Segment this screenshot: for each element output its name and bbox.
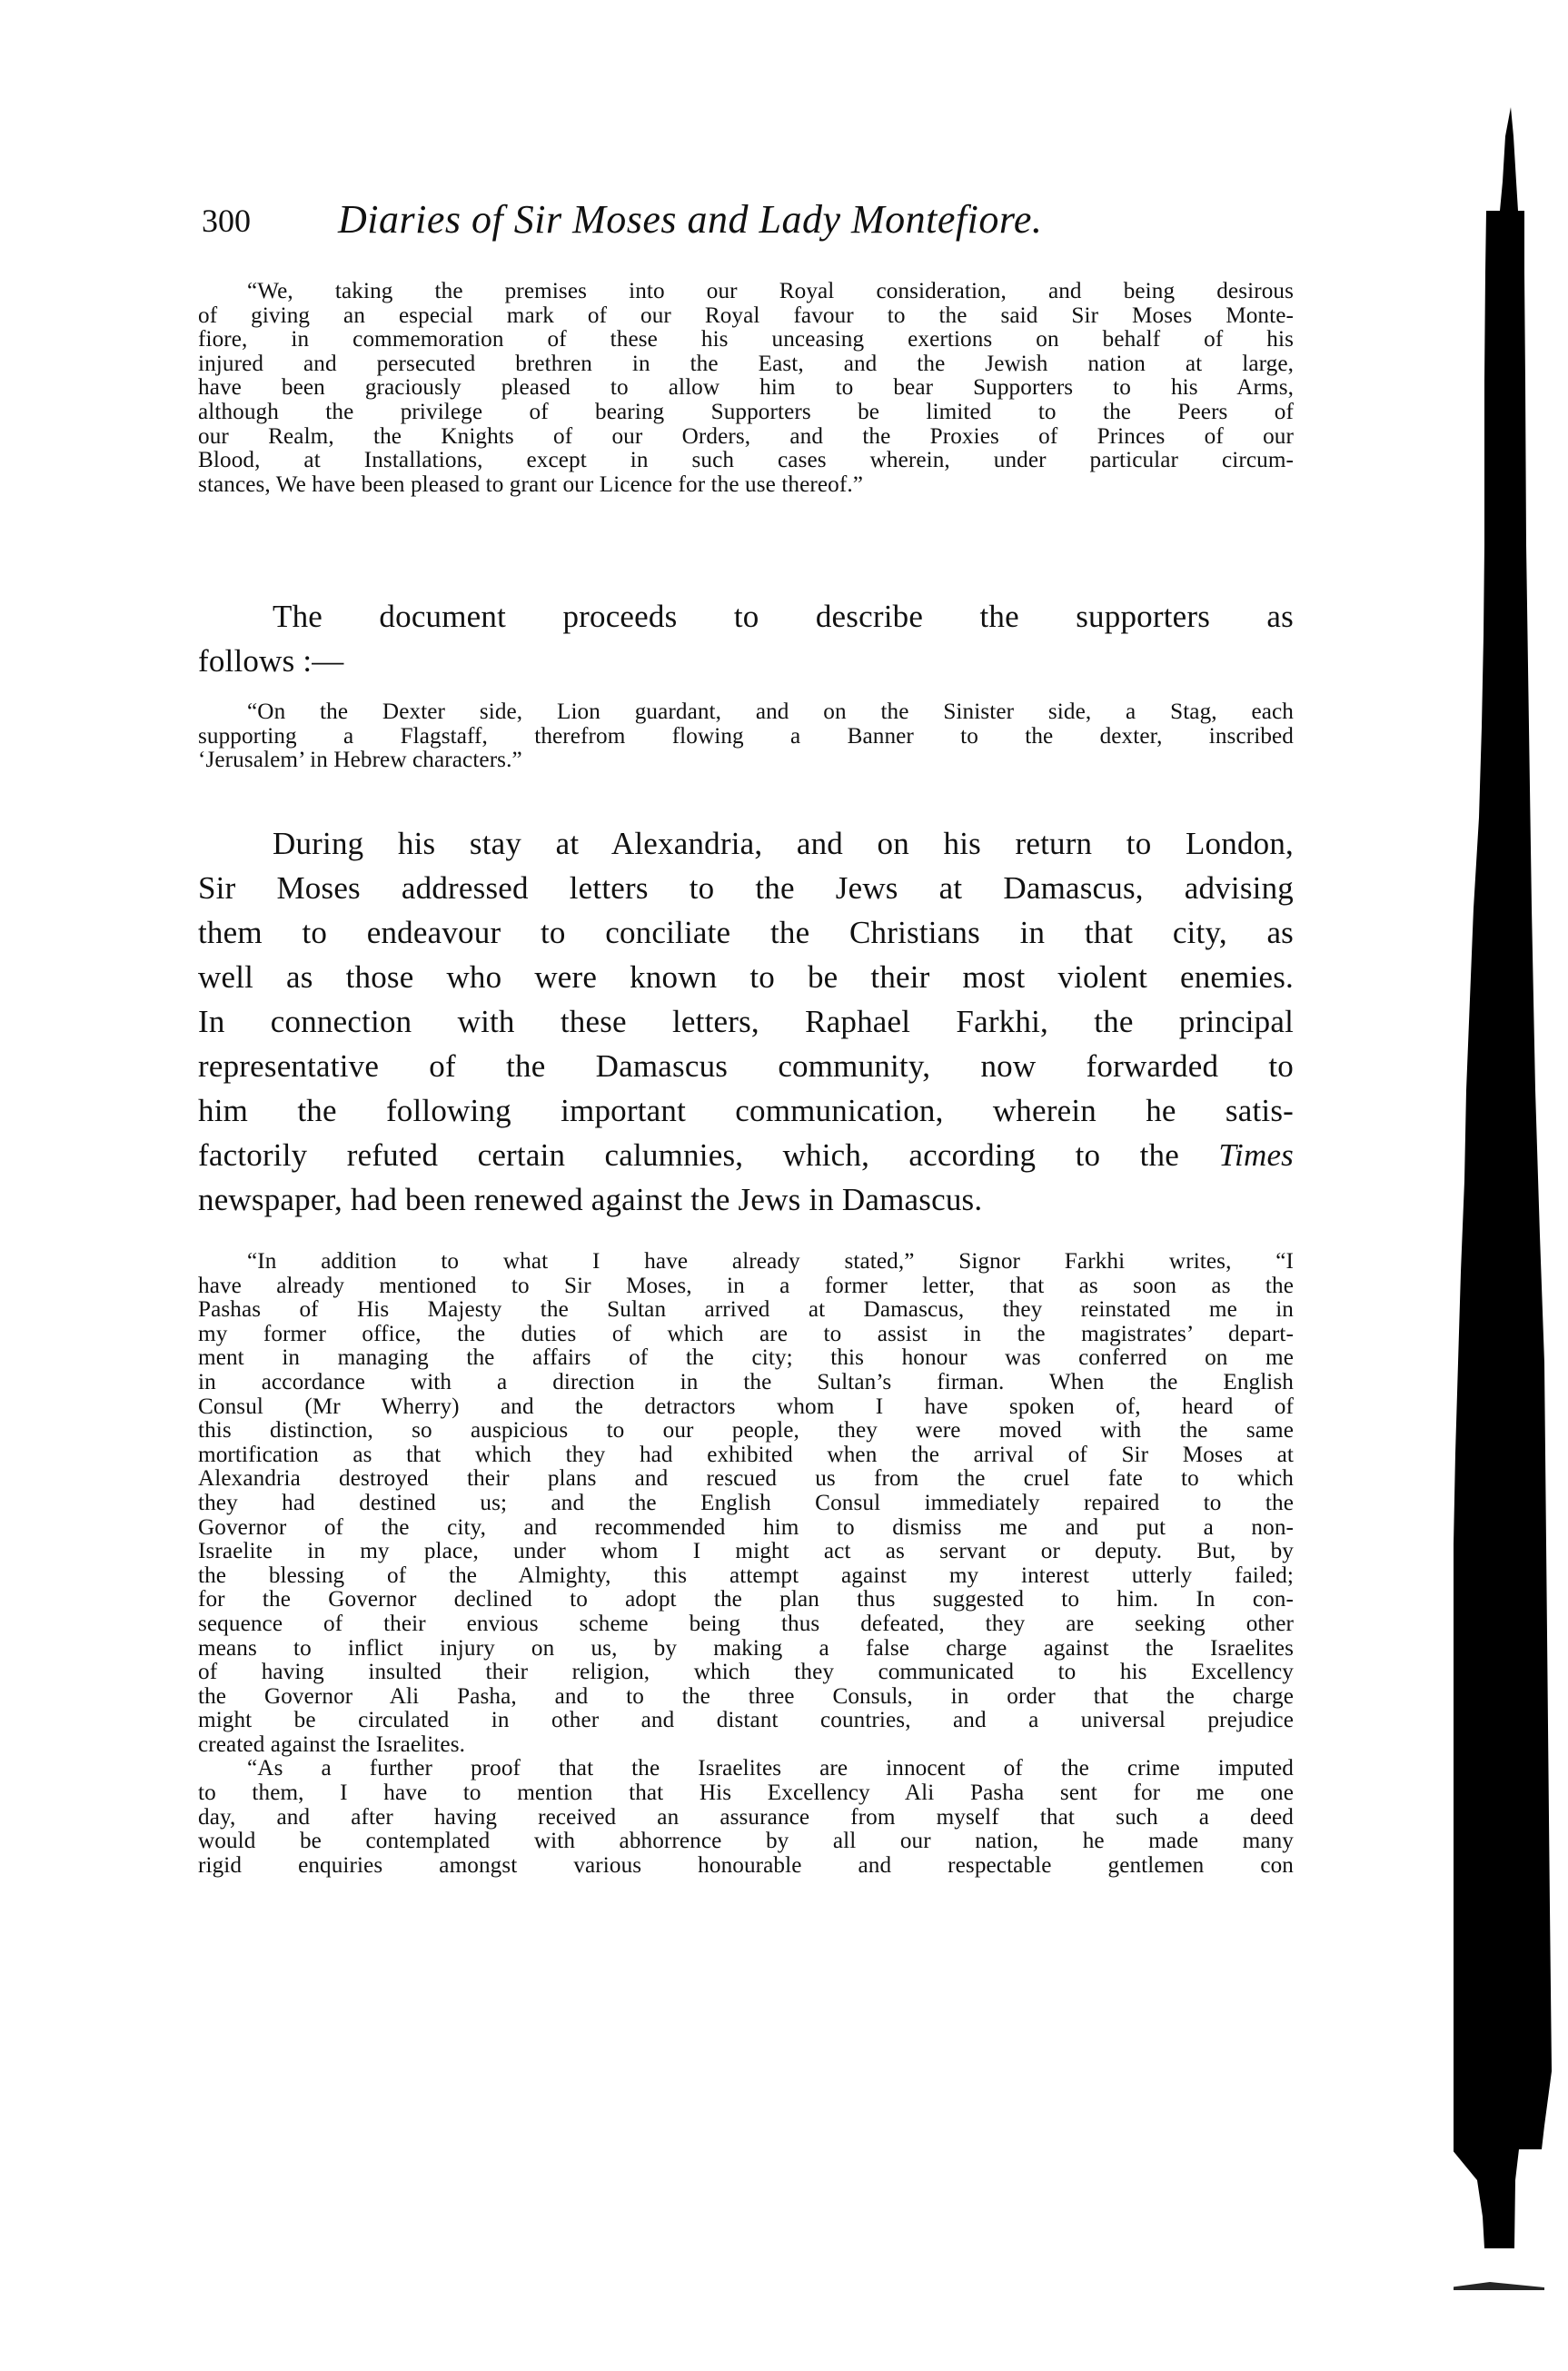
- page-number: 300: [202, 202, 251, 240]
- text-line: representative of the Damascus community…: [198, 1044, 1294, 1088]
- text-line: Consul (Mr Wherry) and the detractors wh…: [198, 1395, 1294, 1420]
- text-line: have already mentioned to Sir Moses, in …: [198, 1275, 1294, 1299]
- text-line: of having insulted their religion, which…: [198, 1661, 1294, 1685]
- text-line: well as those who were known to be their…: [198, 955, 1294, 999]
- text-line: might be circulated in other and distant…: [198, 1709, 1294, 1733]
- text-line: would be contemplated with abhorrence by…: [198, 1830, 1294, 1854]
- running-title: Diaries of Sir Moses and Lady Montefiore…: [338, 196, 1042, 243]
- text-line: “We, taking the premises into our Royal …: [198, 280, 1294, 304]
- text-line: mortification as that which they had exh…: [198, 1443, 1294, 1468]
- text-line: ment in managing the affairs of the city…: [198, 1346, 1294, 1371]
- text-line: “On the Dexter side, Lion guardant, and …: [198, 700, 1294, 725]
- newspaper-title: Times: [1218, 1137, 1294, 1173]
- text-line: In connection with these letters, Raphae…: [198, 999, 1294, 1044]
- text-line: him the following important communicatio…: [198, 1088, 1294, 1133]
- text-line: The document proceeds to describe the su…: [198, 594, 1294, 639]
- text-line: day, and after having received an assura…: [198, 1806, 1294, 1830]
- quote-farkhi-letter: “In addition to what I have already stat…: [198, 1250, 1294, 1878]
- scan-binding-edge: [1454, 0, 1568, 2371]
- text-line: During his stay at Alexandria, and on hi…: [198, 821, 1294, 866]
- text-line: of giving an especial mark of our Royal …: [198, 304, 1294, 329]
- text-line: fiore, in commemoration of these his unc…: [198, 328, 1294, 352]
- quote-royal-licence: “We, taking the premises into our Royal …: [198, 280, 1294, 497]
- text-line: this distinction, so auspicious to our p…: [198, 1419, 1294, 1443]
- text-fragment: factorily refuted certain calumnies, whi…: [198, 1137, 1179, 1173]
- text-line: “In addition to what I have already stat…: [198, 1250, 1294, 1275]
- text-line: Pashas of His Majesty the Sultan arrived…: [198, 1298, 1294, 1323]
- text-line: stances, We have been pleased to grant o…: [198, 473, 1294, 498]
- text-line: factorily refuted certain calumnies, whi…: [198, 1133, 1294, 1177]
- paragraph-alexandria: During his stay at Alexandria, and on hi…: [198, 821, 1294, 1222]
- text-line: although the privilege of bearing Suppor…: [198, 401, 1294, 425]
- text-line: my former office, the duties of which ar…: [198, 1323, 1294, 1347]
- text-line: created against the Israelites.: [198, 1733, 1294, 1758]
- text-line: “As a further proof that the Israelites …: [198, 1757, 1294, 1781]
- text-line: them to endeavour to conciliate the Chri…: [198, 910, 1294, 955]
- text-line: the Governor Ali Pasha, and to the three…: [198, 1685, 1294, 1710]
- text-line: our Realm, the Knights of our Orders, an…: [198, 425, 1294, 450]
- quote-supporters: “On the Dexter side, Lion guardant, and …: [198, 700, 1294, 773]
- text-line: newspaper, had been renewed against the …: [198, 1177, 1294, 1222]
- text-line: Alexandria destroyed their plans and res…: [198, 1467, 1294, 1492]
- text-line: they had destined us; and the English Co…: [198, 1492, 1294, 1516]
- text-line: follows :—: [198, 639, 1294, 683]
- text-line: sequence of their envious scheme being t…: [198, 1612, 1294, 1637]
- text-line: to them, I have to mention that His Exce…: [198, 1781, 1294, 1806]
- text-line: rigid enquiries amongst various honourab…: [198, 1854, 1294, 1879]
- text-line: Blood, at Installations, except in such …: [198, 449, 1294, 473]
- text-line: have been graciously pleased to allow hi…: [198, 376, 1294, 401]
- paragraph-supporters-intro: The document proceeds to describe the su…: [198, 594, 1294, 683]
- text-line: the blessing of the Almighty, this attem…: [198, 1564, 1294, 1589]
- text-line: means to inflict injury on us, by making…: [198, 1637, 1294, 1662]
- text-line: supporting a Flagstaff, therefrom flowin…: [198, 725, 1294, 749]
- text-line: Israelite in my place, under whom I migh…: [198, 1540, 1294, 1564]
- page-header: 300 Diaries of Sir Moses and Lady Montef…: [198, 196, 1297, 251]
- text-line: ‘Jerusalem’ in Hebrew characters.”: [198, 749, 1294, 773]
- text-line: for the Governor declined to adopt the p…: [198, 1588, 1294, 1612]
- text-line: Sir Moses addressed letters to the Jews …: [198, 866, 1294, 910]
- text-line: in accordance with a direction in the Su…: [198, 1371, 1294, 1395]
- text-line: injured and persecuted brethren in the E…: [198, 352, 1294, 377]
- text-line: Governor of the city, and recommended hi…: [198, 1516, 1294, 1541]
